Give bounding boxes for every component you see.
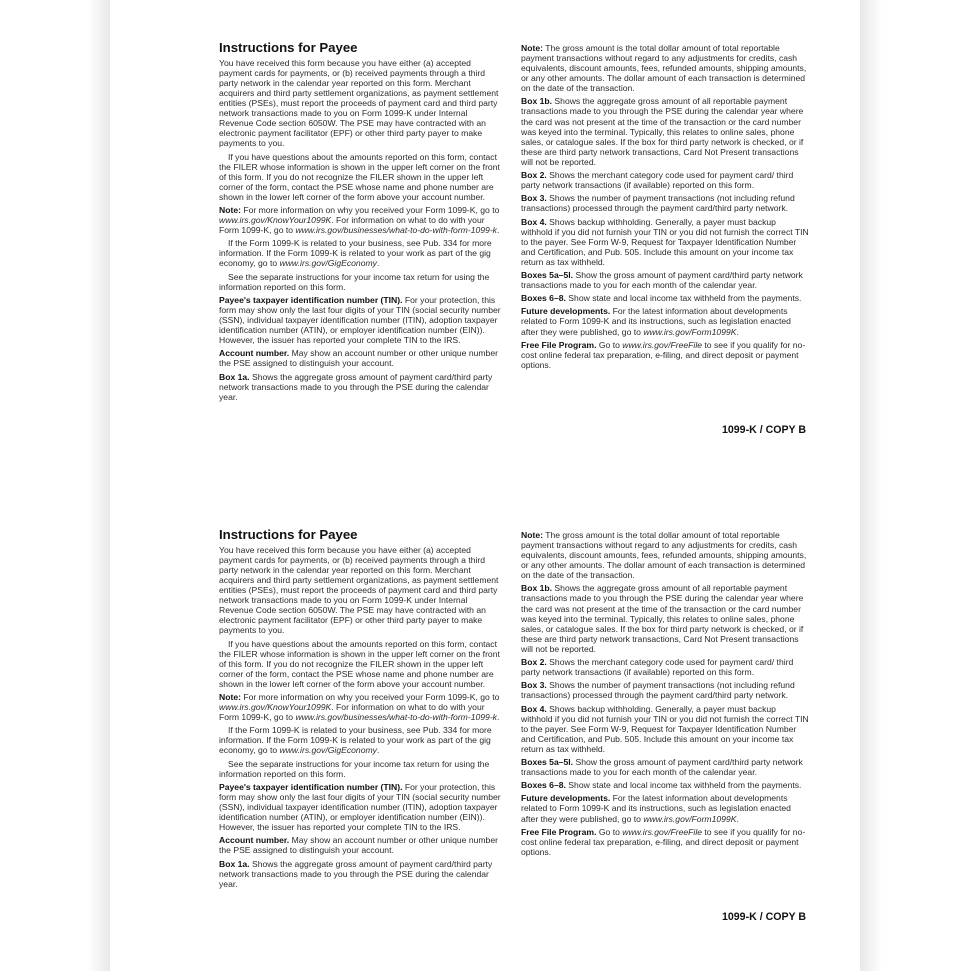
gig-economy-link[interactable]: www.irs.gov/GigEconomy: [280, 258, 377, 268]
questions-paragraph: If you have questions about the amounts …: [219, 639, 501, 689]
free-file-link[interactable]: www.irs.gov/FreeFile: [622, 340, 702, 350]
note-paragraph: Note: For more information on why you re…: [219, 205, 501, 235]
gig-economy-link[interactable]: www.irs.gov/GigEconomy: [280, 745, 377, 755]
box1a-label: Box 1a.: [219, 859, 250, 869]
page-shadow-right: [860, 0, 882, 971]
box1a-text: Shows the aggregate gross amount of paym…: [219, 372, 492, 402]
box4-text: Shows backup withholding. Generally, a p…: [521, 704, 809, 754]
section-title: Instructions for Payee: [219, 527, 501, 543]
page-shadow-left: [88, 0, 110, 971]
note-text: The gross amount is the total dollar amo…: [521, 43, 806, 93]
account-label: Account number.: [219, 348, 289, 358]
box4-paragraph: Box 4. Shows backup withholding. General…: [521, 704, 809, 754]
future-text: .: [736, 814, 738, 824]
free-file-label: Free File Program.: [521, 827, 596, 837]
future-developments-paragraph: Future developments. For the latest info…: [521, 306, 809, 336]
gross-note-paragraph: Note: The gross amount is the total doll…: [521, 43, 809, 93]
boxes6-8-text: Show state and local income tax withheld…: [566, 780, 802, 790]
boxes6-8-paragraph: Boxes 6–8. Show state and local income t…: [521, 780, 809, 790]
box1a-paragraph: Box 1a. Shows the aggregate gross amount…: [219, 372, 501, 402]
box3-label: Box 3.: [521, 193, 547, 203]
box3-text: Shows the number of payment transactions…: [521, 680, 795, 700]
boxes6-8-label: Boxes 6–8.: [521, 780, 566, 790]
box1b-text: Shows the aggregate gross amount of all …: [521, 96, 803, 166]
instructions-copy-1: Instructions for Payee You have received…: [110, 40, 860, 480]
note-text: For more information on why you received…: [241, 205, 499, 215]
business-text: .: [377, 745, 379, 755]
boxes6-8-label: Boxes 6–8.: [521, 293, 566, 303]
note-text: The gross amount is the total dollar amo…: [521, 530, 806, 580]
box1b-label: Box 1b.: [521, 583, 552, 593]
box3-paragraph: Box 3. Shows the number of payment trans…: [521, 680, 809, 700]
boxes6-8-paragraph: Boxes 6–8. Show state and local income t…: [521, 293, 809, 303]
left-column: Instructions for Payee You have received…: [219, 40, 501, 405]
know-your-1099k-link[interactable]: www.irs.gov/KnowYour1099K: [219, 702, 331, 712]
tin-label: Payee's taxpayer identification number (…: [219, 295, 403, 305]
tin-paragraph: Payee's taxpayer identification number (…: [219, 782, 501, 832]
box3-text: Shows the number of payment transactions…: [521, 193, 795, 213]
box1a-label: Box 1a.: [219, 372, 250, 382]
free-file-link[interactable]: www.irs.gov/FreeFile: [622, 827, 702, 837]
box1b-paragraph: Box 1b. Shows the aggregate gross amount…: [521, 583, 809, 653]
right-column: Note: The gross amount is the total doll…: [521, 530, 809, 860]
note-label: Note:: [521, 43, 543, 53]
form-copy-label: 1099-K / COPY B: [722, 424, 806, 436]
box1b-paragraph: Box 1b. Shows the aggregate gross amount…: [521, 96, 809, 166]
box2-text: Shows the merchant category code used fo…: [521, 170, 793, 190]
box1a-paragraph: Box 1a. Shows the aggregate gross amount…: [219, 859, 501, 889]
box3-label: Box 3.: [521, 680, 547, 690]
business-text: .: [377, 258, 379, 268]
form-copy-label: 1099-K / COPY B: [722, 911, 806, 923]
boxes5-paragraph: Boxes 5a–5l. Show the gross amount of pa…: [521, 757, 809, 777]
separate-instructions-paragraph: See the separate instructions for your i…: [219, 272, 501, 292]
boxes5-label: Boxes 5a–5l.: [521, 270, 573, 280]
box4-text: Shows backup withholding. Generally, a p…: [521, 217, 809, 267]
future-developments-paragraph: Future developments. For the latest info…: [521, 793, 809, 823]
section-title: Instructions for Payee: [219, 40, 501, 56]
note-text: .: [497, 712, 499, 722]
form1099k-link[interactable]: www.irs.gov/Form1099K: [643, 327, 736, 337]
instructions-copy-2: Instructions for Payee You have received…: [110, 527, 860, 967]
free-file-paragraph: Free File Program. Go to www.irs.gov/Fre…: [521, 340, 809, 370]
account-label: Account number.: [219, 835, 289, 845]
right-column: Note: The gross amount is the total doll…: [521, 43, 809, 373]
box2-paragraph: Box 2. Shows the merchant category code …: [521, 170, 809, 190]
left-column: Instructions for Payee You have received…: [219, 527, 501, 892]
box1a-text: Shows the aggregate gross amount of paym…: [219, 859, 492, 889]
free-file-label: Free File Program.: [521, 340, 596, 350]
note-label: Note:: [219, 205, 241, 215]
gross-note-paragraph: Note: The gross amount is the total doll…: [521, 530, 809, 580]
note-label: Note:: [521, 530, 543, 540]
free-file-text: Go to: [596, 340, 622, 350]
intro-paragraph: You have received this form because you …: [219, 58, 501, 148]
future-developments-label: Future developments.: [521, 306, 610, 316]
box4-label: Box 4.: [521, 217, 547, 227]
intro-paragraph: You have received this form because you …: [219, 545, 501, 635]
what-to-do-link[interactable]: www.irs.gov/businesses/what-to-do-with-f…: [295, 225, 497, 235]
box1b-label: Box 1b.: [521, 96, 552, 106]
questions-paragraph: If you have questions about the amounts …: [219, 152, 501, 202]
future-text: .: [736, 327, 738, 337]
box4-label: Box 4.: [521, 704, 547, 714]
free-file-paragraph: Free File Program. Go to www.irs.gov/Fre…: [521, 827, 809, 857]
document-page: Instructions for Payee You have received…: [110, 0, 860, 971]
know-your-1099k-link[interactable]: www.irs.gov/KnowYour1099K: [219, 215, 331, 225]
free-file-text: Go to: [596, 827, 622, 837]
account-number-paragraph: Account number. May show an account numb…: [219, 348, 501, 368]
note-text: .: [497, 225, 499, 235]
note-label: Note:: [219, 692, 241, 702]
note-text: For more information on why you received…: [241, 692, 499, 702]
tin-label: Payee's taxpayer identification number (…: [219, 782, 403, 792]
future-developments-label: Future developments.: [521, 793, 610, 803]
form1099k-link[interactable]: www.irs.gov/Form1099K: [643, 814, 736, 824]
account-number-paragraph: Account number. May show an account numb…: [219, 835, 501, 855]
boxes5-label: Boxes 5a–5l.: [521, 757, 573, 767]
what-to-do-link[interactable]: www.irs.gov/businesses/what-to-do-with-f…: [295, 712, 497, 722]
box3-paragraph: Box 3. Shows the number of payment trans…: [521, 193, 809, 213]
box1b-text: Shows the aggregate gross amount of all …: [521, 583, 803, 653]
business-paragraph: If the Form 1099-K is related to your bu…: [219, 238, 501, 268]
boxes6-8-text: Show state and local income tax withheld…: [566, 293, 802, 303]
box2-label: Box 2.: [521, 170, 547, 180]
box2-label: Box 2.: [521, 657, 547, 667]
boxes5-paragraph: Boxes 5a–5l. Show the gross amount of pa…: [521, 270, 809, 290]
business-paragraph: If the Form 1099-K is related to your bu…: [219, 725, 501, 755]
box2-text: Shows the merchant category code used fo…: [521, 657, 793, 677]
tin-paragraph: Payee's taxpayer identification number (…: [219, 295, 501, 345]
separate-instructions-paragraph: See the separate instructions for your i…: [219, 759, 501, 779]
note-paragraph: Note: For more information on why you re…: [219, 692, 501, 722]
box2-paragraph: Box 2. Shows the merchant category code …: [521, 657, 809, 677]
box4-paragraph: Box 4. Shows backup withholding. General…: [521, 217, 809, 267]
